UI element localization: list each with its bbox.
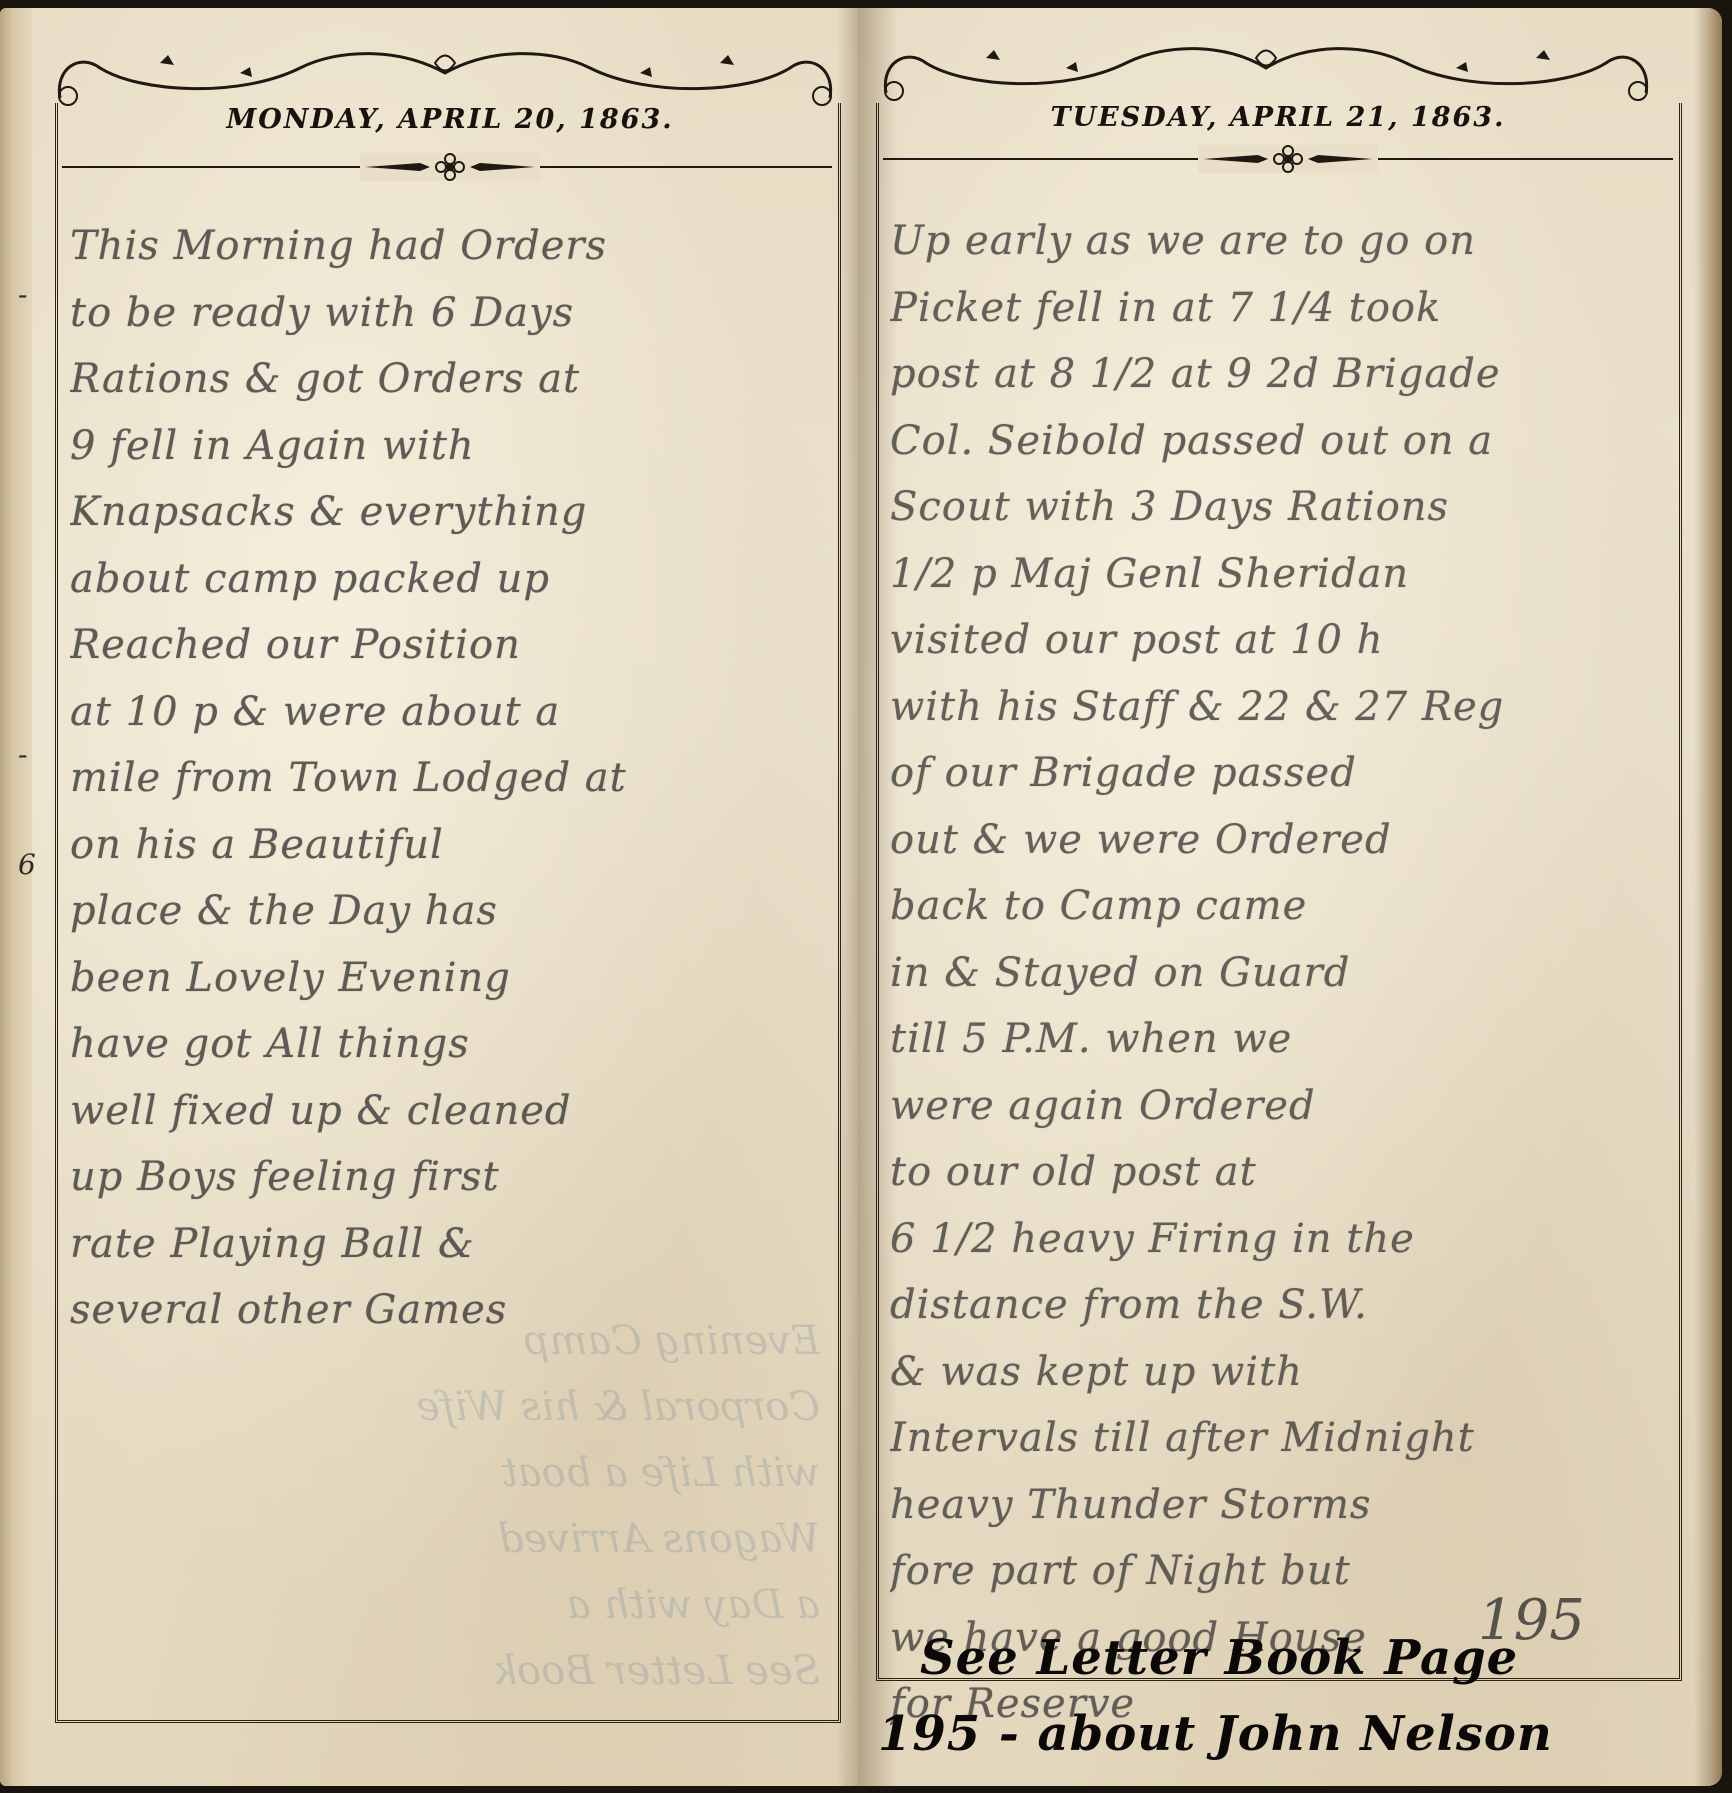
entry-line: to be ready with 6 Days: [70, 280, 830, 347]
entry-line: Scout with 3 Days Rations: [890, 474, 1680, 541]
entry-line: Col. Seibold passed out on a: [890, 408, 1680, 475]
entry-line: place & the Day has: [70, 878, 830, 945]
bleed-line: See Letter Book: [80, 1638, 820, 1704]
date-header: TUESDAY, APRIL 21, 1863.: [878, 102, 1678, 133]
bleed-line: Evening Camp: [80, 1308, 820, 1374]
entry-line: Up early as we are to go on: [890, 208, 1680, 275]
right-page: TUESDAY, APRIL 21, 1863. Up early as we …: [858, 8, 1722, 1786]
rosette-ornament-icon: [1198, 145, 1378, 173]
diary-entry-monday: This Morning had Orders to be ready with…: [70, 213, 830, 1344]
entry-line: rate Playing Ball &: [70, 1211, 830, 1278]
ornamental-flourish-icon: [866, 33, 1666, 103]
entry-line: out & we were Ordered: [890, 807, 1680, 874]
entry-line: 6 1/2 heavy Firing in the: [890, 1206, 1680, 1273]
entry-line: well fixed up & cleaned: [70, 1078, 830, 1145]
entry-line: Picket fell in at 7 1/4 took: [890, 275, 1680, 342]
entry-line: to our old post at: [890, 1139, 1680, 1206]
margin-mark: -: [18, 278, 27, 311]
entry-line: post at 8 1/2 at 9 2d Brigade: [890, 341, 1680, 408]
entry-line: visited our post at 10 h: [890, 607, 1680, 674]
diary-entry-tuesday: Up early as we are to go on Picket fell …: [890, 208, 1680, 1738]
bleed-through-text: Evening Camp Corporal & his Wife with Li…: [80, 1308, 820, 1704]
entry-line: till 5 P.M. when we: [890, 1006, 1680, 1073]
entry-line: 9 fell in Again with: [70, 413, 830, 480]
entry-line: & was kept up with: [890, 1339, 1680, 1406]
bleed-line: a Day with a: [80, 1572, 820, 1638]
entry-line: on his a Beautiful: [70, 812, 830, 879]
entry-line: have got All things: [70, 1011, 830, 1078]
bleed-line: Corporal & his Wife: [80, 1374, 820, 1440]
bleed-line: with Life a boat: [80, 1440, 820, 1506]
entry-line: of our Brigade passed: [890, 740, 1680, 807]
entry-line: Intervals till after Midnight: [890, 1405, 1680, 1472]
entry-line: 1/2 p Maj Genl Sheridan: [890, 541, 1680, 608]
ink-annotation-line: 195 - about John Nelson: [878, 1706, 1553, 1762]
entry-line: Reached our Position: [70, 612, 830, 679]
left-page: MONDAY, APRIL 20, 1863. This Morning had…: [0, 8, 858, 1786]
entry-line: heavy Thunder Storms: [890, 1472, 1680, 1539]
entry-line: This Morning had Orders: [70, 213, 830, 280]
entry-line: at 10 p & were about a: [70, 679, 830, 746]
entry-line: distance from the S.W.: [890, 1272, 1680, 1339]
ornamental-flourish-icon: [40, 38, 850, 108]
entry-line: with his Staff & 22 & 27 Reg: [890, 674, 1680, 741]
date-header: MONDAY, APRIL 20, 1863.: [60, 104, 840, 135]
ink-annotation-line: See Letter Book Page: [920, 1630, 1518, 1686]
entry-line: been Lovely Evening: [70, 945, 830, 1012]
entry-line: about camp packed up: [70, 546, 830, 613]
entry-line: up Boys feeling first: [70, 1144, 830, 1211]
margin-mark: 6: [18, 848, 36, 881]
entry-line: were again Ordered: [890, 1073, 1680, 1140]
margin-mark: -: [18, 738, 27, 771]
entry-line: back to Camp came: [890, 873, 1680, 940]
entry-line: Rations & got Orders at: [70, 346, 830, 413]
diary-spread: MONDAY, APRIL 20, 1863. This Morning had…: [0, 8, 1722, 1786]
entry-line: mile from Town Lodged at: [70, 745, 830, 812]
entry-line: Knapsacks & everything: [70, 479, 830, 546]
bleed-line: Wagons Arrived: [80, 1506, 820, 1572]
entry-line: in & Stayed on Guard: [890, 940, 1680, 1007]
rosette-ornament-icon: [360, 153, 540, 181]
